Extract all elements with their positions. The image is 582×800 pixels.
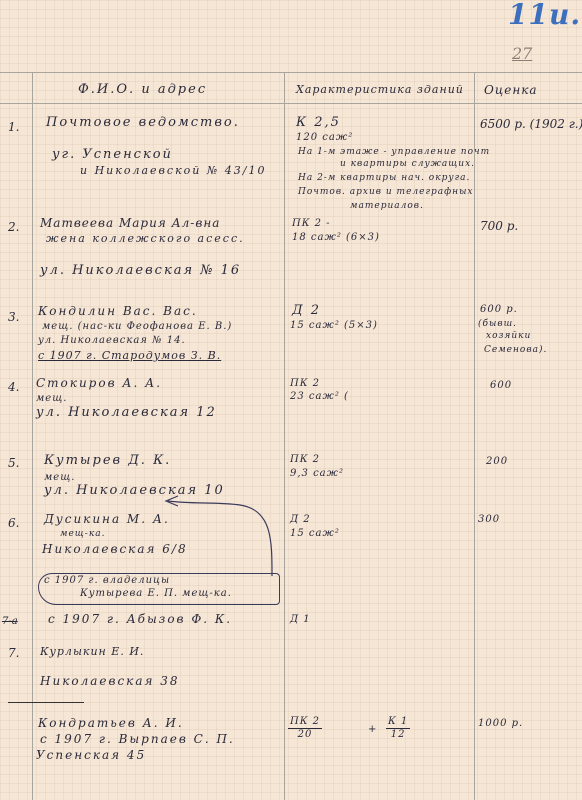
fraction-top: ПК 2 <box>288 716 322 729</box>
fraction-bottom: 12 <box>391 729 406 741</box>
row-owner-change: с 1907 г. Вырпаев С. П. <box>40 732 235 746</box>
row-number: 7. <box>8 646 19 660</box>
row-name: с 1907 г. Абызов Ф. К. <box>48 612 232 626</box>
row-char: Д 2 <box>290 514 311 526</box>
plus-sign: + <box>368 724 377 736</box>
row-char: 15 саж² <box>290 528 340 540</box>
fraction-top: К 1 <box>386 716 410 729</box>
row-name: Курлыкин Е. И. <box>40 646 144 658</box>
row-char-fraction: ПК 2 20 <box>288 716 322 741</box>
row-estimate: 300 <box>478 514 500 526</box>
row-address: Успенская 45 <box>36 748 146 762</box>
row-char: Д 1 <box>290 614 311 626</box>
row-estimate: 1000 р. <box>478 718 523 730</box>
row-char-fraction: К 1 12 <box>386 716 410 741</box>
row-address: Николаевская 38 <box>40 674 180 688</box>
row-name: Кондратьев А. И. <box>38 716 184 730</box>
row-number: 7-а <box>2 616 18 627</box>
fraction-bottom: 20 <box>298 729 313 741</box>
